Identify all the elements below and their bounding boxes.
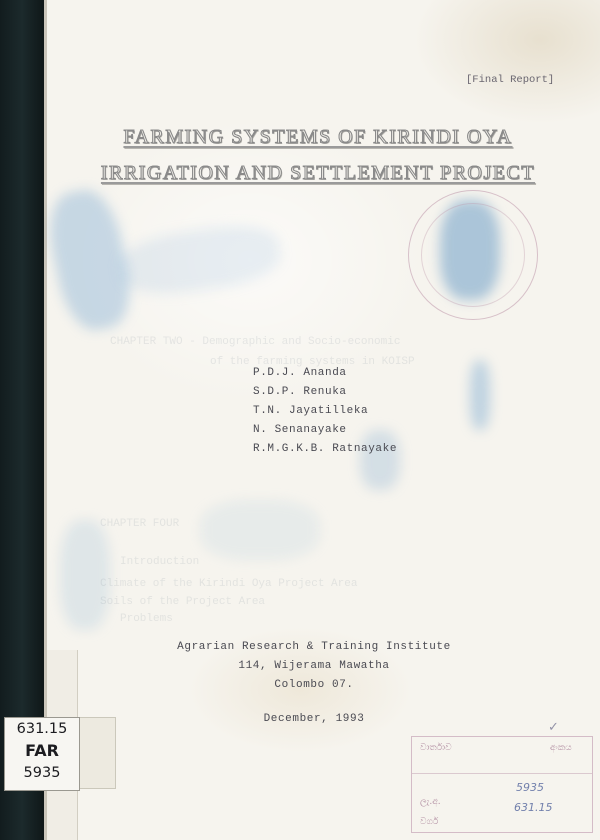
stamp-class-value: 631.15 <box>514 801 553 814</box>
author: R.M.G.K.B. Ratnayake <box>253 440 397 459</box>
stamp-header-right: අංකය <box>550 743 572 753</box>
stamp-row-label: වර්ග <box>420 817 438 827</box>
document-cover-page: CHAPTER TWO - Demographic and Socio-econ… <box>0 0 600 840</box>
ink-smudge <box>470 360 490 430</box>
stamp-accession-value: 5935 <box>516 781 544 794</box>
author-list: P.D.J. Ananda S.D.P. Renuka T.N. Jayatil… <box>253 364 397 459</box>
ink-smudge <box>117 219 284 301</box>
library-call-number-label: 631.15 FAR 5935 <box>4 717 80 791</box>
check-mark-icon: ✓ <box>548 720 559 735</box>
show-through-text: CHAPTER TWO - Demographic and Socio-econ… <box>110 336 400 348</box>
author: T.N. Jayatilleka <box>253 402 397 421</box>
show-through-text: Introduction <box>120 556 199 568</box>
report-type-label: [Final Report] <box>466 74 554 86</box>
ink-smudge <box>60 520 110 630</box>
author: N. Senanayake <box>253 421 397 440</box>
stamp-header-left: වාර්තාව <box>420 743 452 753</box>
author: S.D.P. Renuka <box>253 383 397 402</box>
ink-smudge <box>200 500 320 560</box>
label-tape <box>76 717 116 789</box>
show-through-text: Soils of the Project Area <box>100 596 265 608</box>
stamp-row-label: ලැ.අ. <box>420 797 441 807</box>
publisher-address: 114, Wijerama Mawatha <box>0 660 600 672</box>
publisher-city: Colombo 07. <box>0 679 600 691</box>
show-through-text: Problems <box>120 613 173 625</box>
show-through-text: Climate of the Kirindi Oya Project Area <box>100 578 357 590</box>
cutter-code: FAR <box>5 740 79 762</box>
accession-number: 5935 <box>5 762 79 784</box>
accession-stamp: වාර්තාව අංකය ලැ.අ. 5935 වර්ග 631.15 <box>411 736 593 833</box>
title-line-2: IRRIGATION AND SETTLEMENT PROJECT <box>0 162 600 185</box>
title-line-1: FARMING SYSTEMS OF KIRINDI OYA <box>0 126 600 149</box>
class-number: 631.15 <box>5 718 79 740</box>
show-through-text: CHAPTER FOUR <box>100 518 179 530</box>
round-stamp <box>408 190 538 320</box>
author: P.D.J. Ananda <box>253 364 397 383</box>
stamp-divider <box>412 773 592 774</box>
publisher-name: Agrarian Research & Training Institute <box>0 641 600 653</box>
